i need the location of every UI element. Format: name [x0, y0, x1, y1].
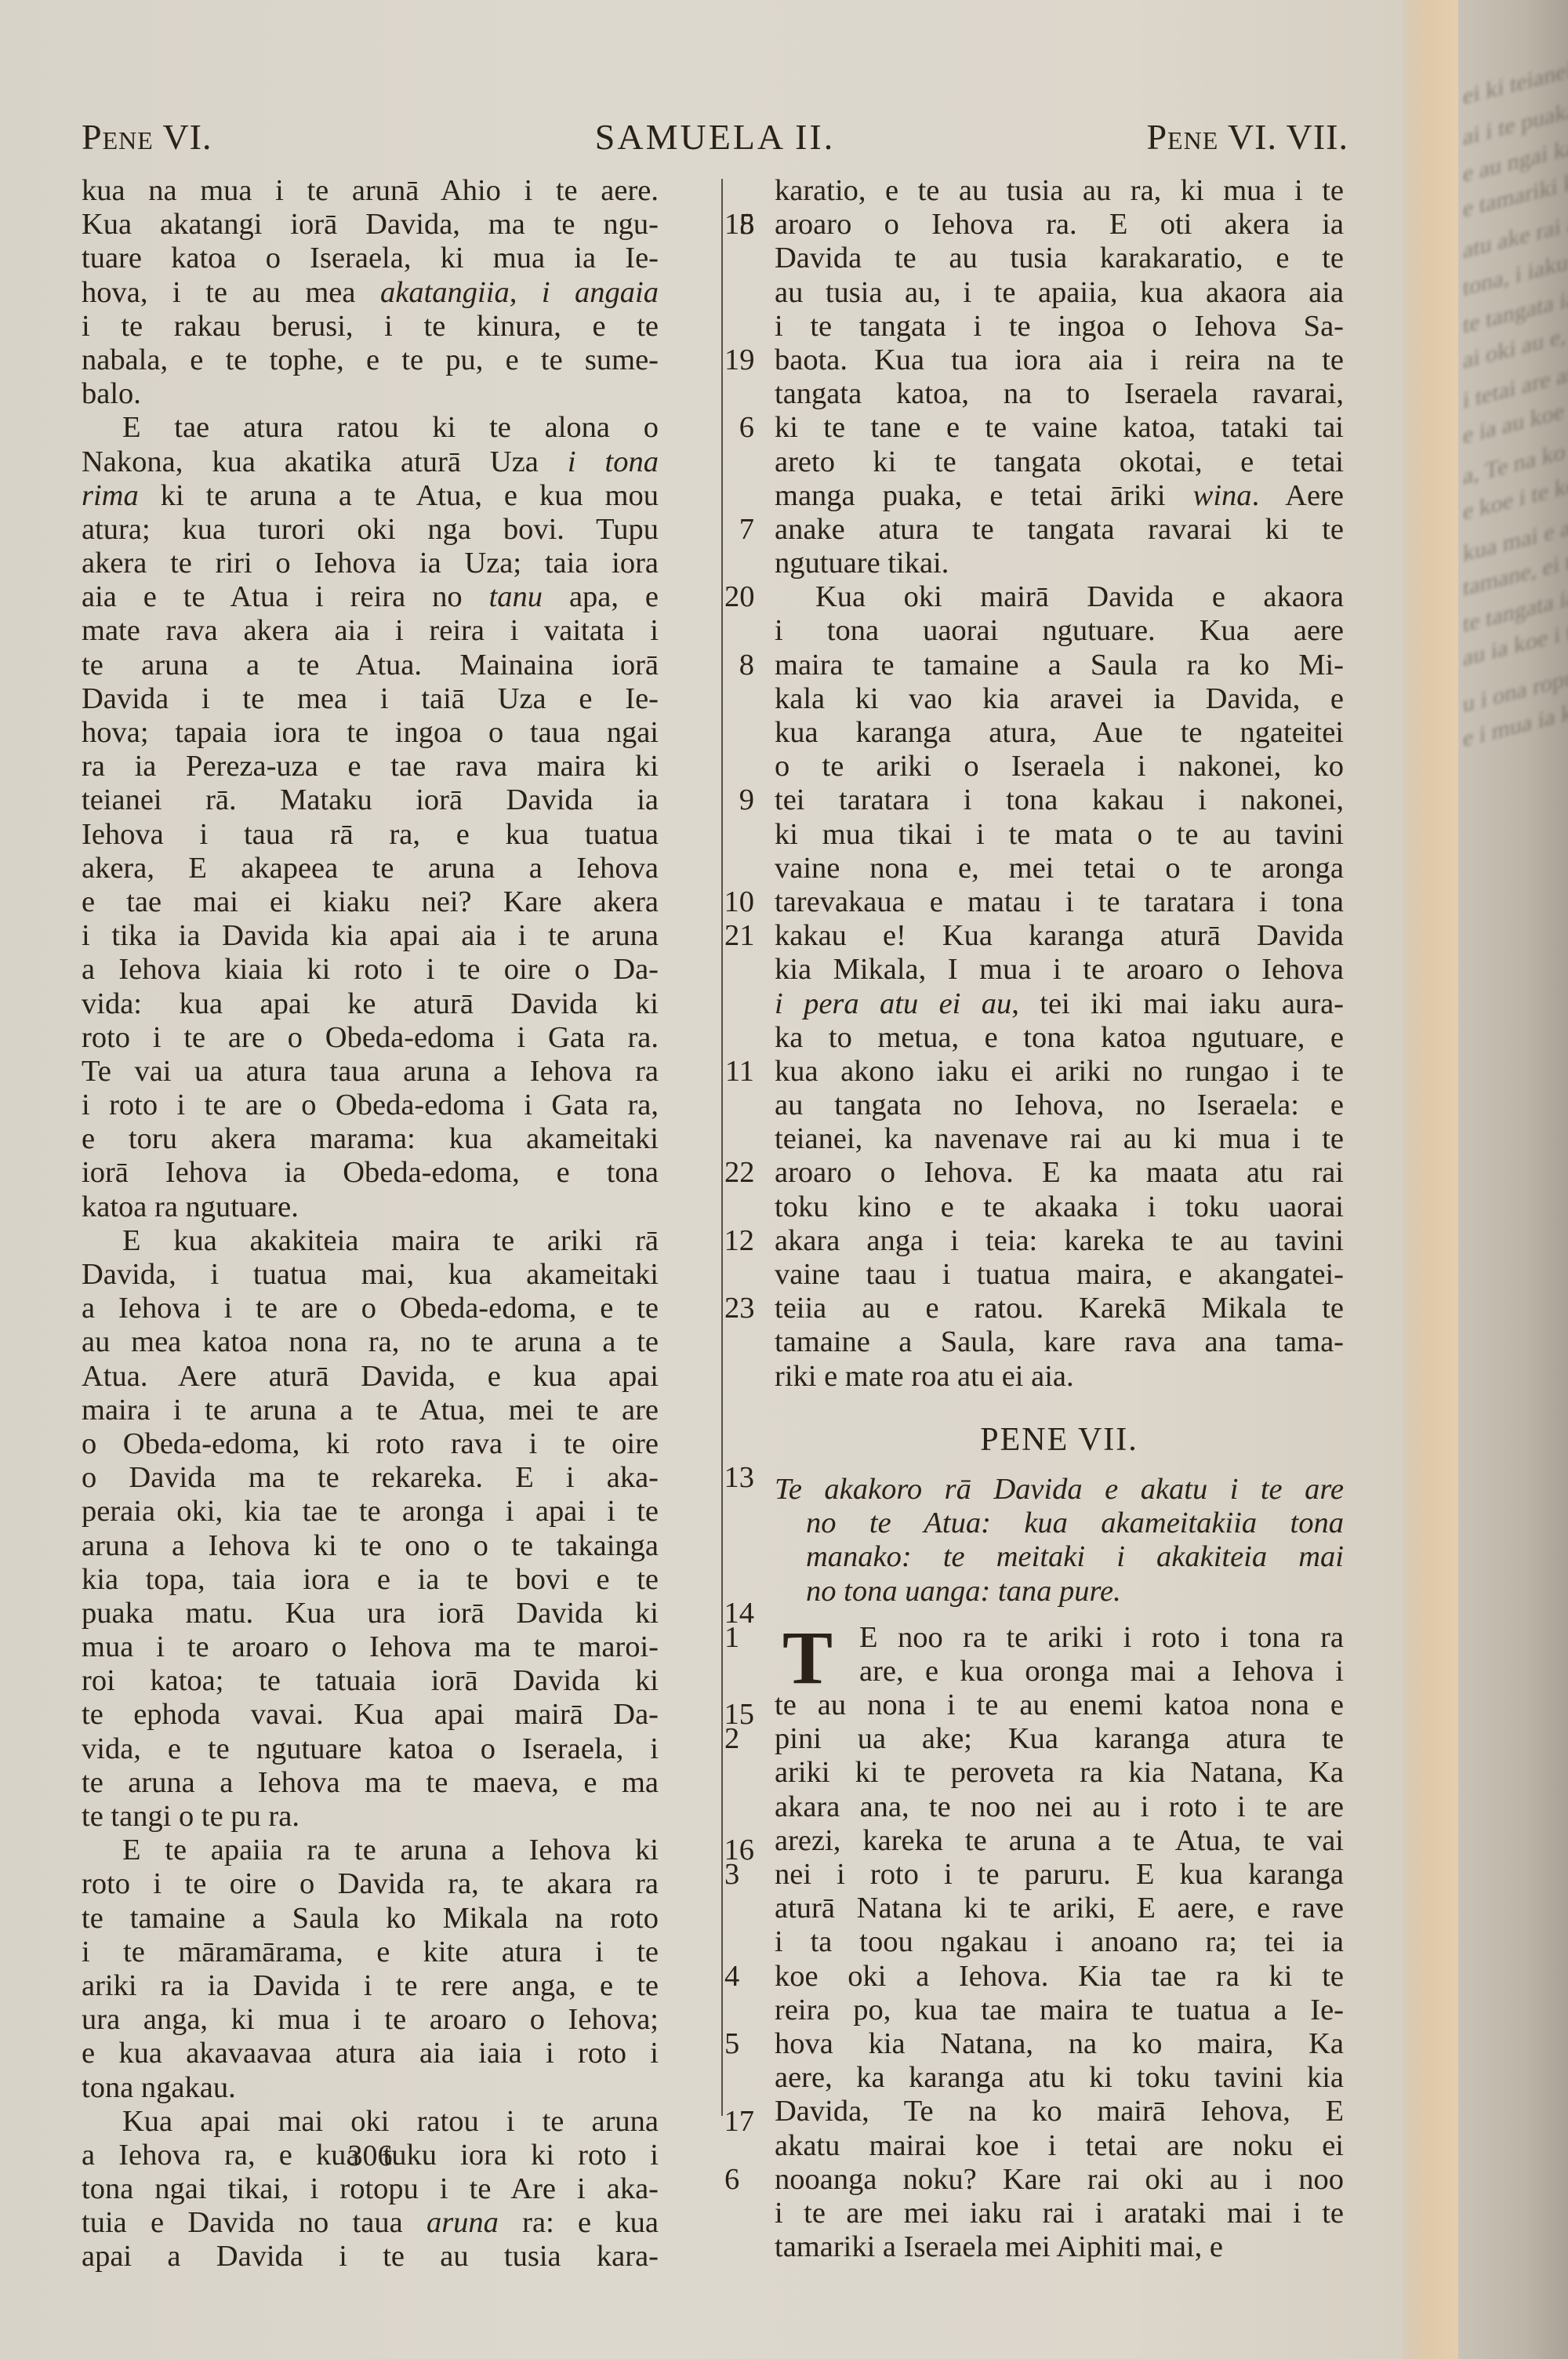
- line-text: Davida i te mea i taiā Uza e Ie-: [82, 682, 659, 715]
- text-line: tangata katoa, na to Iseraela ravarai,: [775, 377, 1344, 411]
- text-line: aia e te Atua i reira no tanu apa, e: [82, 580, 659, 614]
- text-line: mua i te aroaro o Iehova ma te maroi-: [82, 1630, 659, 1664]
- text-line: te tangi o te pu ra.: [82, 1800, 659, 1834]
- text-line: hova; tapaia iora te ingoa o taua ngai: [82, 716, 659, 750]
- line-text: aroaro o Iehova ra. E oti akera ia: [775, 208, 1344, 241]
- line-text: te aruna a te Atua. Mainaina iorā: [82, 649, 659, 682]
- text-line: akatu mairai koe i tetai are noku ei: [775, 2129, 1344, 2163]
- text-line: ki te tane e te vaine katoa, tataki tai: [775, 411, 1344, 445]
- chapter-6-end: karatio, e te au tusia au ra, ki mua i t…: [775, 174, 1344, 1394]
- text-line: ariki ra ia Davida i te rere anga, e te: [82, 1969, 659, 2003]
- text-line: pini ua ake; Kua karanga atura te2: [775, 1722, 1344, 1756]
- text-line: roto i te are o Obeda-edoma i Gata ra.: [82, 1021, 659, 1055]
- verse-number: 20: [724, 580, 755, 614]
- line-text: i te rakau berusi, i te kinura, e te: [82, 310, 659, 343]
- line-text: te aruna a Iehova ma te maeva, e ma: [82, 1766, 659, 1799]
- text-line: baota. Kua tua iora aia i reira na te19: [775, 343, 1344, 377]
- line-text: pini ua ake; Kua karanga atura te: [775, 1722, 1344, 1755]
- text-line: kia topa, taia iora e ia te bovi e te: [82, 1563, 659, 1597]
- text-line: i te are mei iaku rai i arataki mai i te: [775, 2197, 1344, 2230]
- line-text: tona ngakau.: [82, 2071, 236, 2104]
- line-text: akara anga i teia: kareka te au tavini: [775, 1224, 1344, 1257]
- line-text: vida: kua apai ke aturā Davida ki: [82, 987, 659, 1020]
- line-text: kua na mua i te arunā Ahio i te aere.: [82, 174, 659, 207]
- line-text: nabala, e te tophe, e te pu, e te sume-: [82, 343, 659, 376]
- text-line: te tamaine a Saula ko Mikala na roto: [82, 1902, 659, 1936]
- italic-text: i tona: [568, 445, 659, 478]
- verse-number: 4: [724, 1960, 739, 1994]
- text-line: ra ia Pereza-uza e tae rava maira ki: [82, 750, 659, 783]
- verse-number: 3: [724, 1858, 739, 1892]
- line-text: Kua oki mairā Davida e akaora: [815, 580, 1344, 613]
- line-text: i ta toou ngakau i anoano ra; tei ia: [775, 1925, 1344, 1958]
- line-text: , tei iki mai iaku aura-: [1011, 987, 1344, 1020]
- running-head-right: Pene VI. VII.: [1146, 116, 1348, 158]
- verse-number: 11: [725, 1055, 754, 1089]
- text-line: ngutuare tikai.: [775, 547, 1344, 580]
- line-text: katoa ra ngutuare.: [82, 1190, 299, 1223]
- text-line: aturā Natana ki te ariki, E aere, e rave: [775, 1892, 1344, 1925]
- text-line: tarevakaua e matau i te taratara i tona: [775, 885, 1344, 919]
- line-text: puaka matu. Kua ura iorā Davida ki: [82, 1597, 659, 1630]
- text-line: tei taratara i tona kakau i nakonei,: [775, 783, 1344, 817]
- text-line: te aruna a Iehova ma te maeva, e ma: [82, 1766, 659, 1800]
- text-line: kua karanga atura, Aue te ngateitei: [775, 716, 1344, 750]
- text-line: puaka matu. Kua ura iorā Davida ki14: [82, 1597, 659, 1630]
- summary-line: Te akakoro rā Davida e akatu i te are: [775, 1473, 1344, 1507]
- line-text: e tae mai ei kiaku nei? Kare akera: [82, 885, 659, 918]
- text-line: katoa ra ngutuare.: [82, 1190, 659, 1224]
- line-text: aroaro o Iehova. E ka maata atu rai: [775, 1156, 1344, 1189]
- text-line: nabala, e te tophe, e te pu, e te sume-: [82, 343, 659, 377]
- text-line: kia Mikala, I mua i te aroaro o Iehova: [775, 953, 1344, 987]
- line-text: Davida, Te na ko mairā Iehova, E: [775, 2095, 1344, 2128]
- verse-number: 2: [724, 1722, 739, 1756]
- line-text: te au nona i te au enemi katoa nona e: [775, 1688, 1344, 1721]
- line-text: E te apaiia ra te aruna a Iehova ki: [122, 1834, 659, 1866]
- line-text: hova, i te au mea: [82, 276, 380, 309]
- line-text: mate rava akera aia i reira i vaitata i: [82, 614, 659, 647]
- text-line: Davida, Te na ko mairā Iehova, E: [775, 2095, 1344, 2128]
- text-line: o te ariki o Iseraela i nakonei, ko: [775, 750, 1344, 783]
- text-line: aruna a Iehova ki te ono o te takainga: [82, 1529, 659, 1563]
- text-line: kua akono iaku ei ariki no rungao i te: [775, 1055, 1344, 1089]
- verse-number: 8: [739, 649, 754, 682]
- verse-number: 10: [724, 885, 755, 919]
- line-text: Kua apai mai oki ratou i te aruna: [122, 2105, 659, 2138]
- text-line: e kua akavaavaa atura aia iaia i roto i: [82, 2037, 659, 2070]
- text-line: teianei rā. Mataku iorā Davida ia9: [82, 783, 659, 817]
- italic-text: i pera atu ei au: [775, 987, 1011, 1020]
- text-line: Kua akatangi iorā Davida, ma te ngu-5: [82, 208, 659, 242]
- text-line: ka to metua, e tona katoa ngutuare, e: [775, 1021, 1344, 1055]
- line-text: ariki ra ia Davida i te rere anga, e te: [82, 1969, 659, 2002]
- text-line: au mea katoa nona ra, no te aruna a te: [82, 1325, 659, 1359]
- line-text: kua akono iaku ei ariki no rungao i te: [775, 1055, 1344, 1088]
- verse-number: 18: [724, 208, 755, 242]
- summary-line: manako: te meitaki i akakiteia mai: [775, 1540, 1344, 1574]
- line-text: te tamaine a Saula ko Mikala na roto: [82, 1902, 659, 1935]
- text-line: atura; kua turori oki nga bovi. Tupu7: [82, 513, 659, 547]
- text-line: hova kia Natana, na ko maira, Ka5: [775, 2027, 1344, 2061]
- text-line: maira te tamaine a Saula ra ko Mi-: [775, 649, 1344, 682]
- line-text: nei i roto i te paruru. E kua karanga: [775, 1858, 1344, 1891]
- text-line: tuia e Davida no taua aruna ra: e kua: [82, 2206, 659, 2240]
- text-line: akera, E akapeea te aruna a Iehova: [82, 852, 659, 885]
- line-text: Te vai ua atura taua aruna a Iehova ra: [82, 1055, 659, 1088]
- text-line: rima ki te aruna a te Atua, e kua mou: [82, 479, 659, 513]
- line-text: maira te tamaine a Saula ra ko Mi-: [775, 649, 1344, 682]
- line-text: akera te riri o Iehova ia Uza; taia iora: [82, 547, 659, 580]
- italic-text: rima: [82, 479, 139, 512]
- line-text: karatio, e te au tusia au ra, ki mua i t…: [775, 174, 1344, 207]
- text-line: E tae atura ratou ki te alona o6: [82, 411, 659, 445]
- line-text: . Aere: [1252, 479, 1344, 512]
- line-text: ra: e kua: [499, 2206, 659, 2239]
- line-text: vaine nona e, mei tetai o te aronga: [775, 852, 1344, 885]
- line-text: are, e kua oronga mai a Iehova i: [859, 1655, 1344, 1688]
- text-line: aroaro o Iehova ra. E oti akera ia18: [775, 208, 1344, 242]
- facing-page-text: ei ki teianei rā; i a: [1463, 42, 1568, 111]
- line-text: tuia e Davida no taua: [82, 2206, 426, 2239]
- text-line: are, e kua oronga mai a Iehova i: [775, 1655, 1344, 1688]
- text-line: i tona uaorai ngutuare. Kua aere: [775, 614, 1344, 648]
- verse-number: 13: [724, 1461, 755, 1495]
- line-text: i te māramārama, e kite atura i te: [82, 1936, 659, 1968]
- line-text: akatu mairai koe i tetai are noku ei: [775, 2129, 1344, 2162]
- italic-text: wina: [1193, 479, 1252, 512]
- text-line: e tae mai ei kiaku nei? Kare akera10: [82, 885, 659, 919]
- text-line: manga puaka, e tetai āriki wina. Aere: [775, 479, 1344, 513]
- line-text: kua karanga atura, Aue te ngateitei: [775, 716, 1344, 749]
- text-line: peraia oki, kia tae te aronga i apai i t…: [82, 1495, 659, 1528]
- text-line: koe oki a Iehova. Kia tae ra ki te4: [775, 1960, 1344, 1994]
- text-line: tona ngakau.: [82, 2071, 659, 2105]
- line-text: mua i te aroaro o Iehova ma te maroi-: [82, 1630, 659, 1663]
- line-text: roto i te oire o Davida ra, te akara ra: [82, 1867, 659, 1900]
- line-text: koe oki a Iehova. Kia tae ra ki te: [775, 1960, 1344, 1993]
- line-text: Davida, i tuatua mai, kua akameitaki: [82, 1258, 659, 1291]
- text-line: nei i roto i te paruru. E kua karanga3: [775, 1858, 1344, 1892]
- text-line: ki mua tikai i te mata o te au tavini: [775, 818, 1344, 852]
- text-line: kakau e! Kua karanga aturā Davida21: [775, 919, 1344, 953]
- text-line: anake atura te tangata ravarai ki te: [775, 513, 1344, 547]
- line-text: au tangata no Iehova, no Iseraela: e: [775, 1089, 1344, 1121]
- chapter-7-text: T E noo ra te ariki i roto i tona ra1are…: [775, 1621, 1344, 2265]
- text-line: akara anga i teia: kareka te au tavini: [775, 1224, 1344, 1258]
- line-text: i tona uaorai ngutuare. Kua aere: [775, 614, 1344, 647]
- text-line: o Obeda-edoma, ki roto rava i te oire: [82, 1427, 659, 1461]
- text-line: tamaine a Saula, kare rava ana tama-: [775, 1325, 1344, 1359]
- text-line: i pera atu ei au, tei iki mai iaku aura-: [775, 987, 1344, 1021]
- line-text: i roto i te are o Obeda-edoma i Gata ra,: [82, 1089, 659, 1121]
- line-text: Davida te au tusia karakaratio, e te: [775, 242, 1344, 274]
- line-text: ra ia Pereza-uza e tae rava maira ki: [82, 750, 659, 783]
- text-line: kala ki vao kia aravei ia Davida, e: [775, 682, 1344, 716]
- line-text: balo.: [82, 377, 141, 410]
- line-text: au tusia au, i te apaiia, kua akaora aia: [775, 276, 1344, 309]
- verse-number: 21: [724, 919, 755, 953]
- text-line: teiia au e ratou. Karekā Mikala te23: [775, 1292, 1344, 1325]
- text-line: o Davida ma te rekareka. E i aka-13: [82, 1461, 659, 1495]
- text-line: roi katoa; te tatuaia iorā Davida ki: [82, 1664, 659, 1698]
- verse-number: 9: [739, 783, 754, 817]
- text-line: i te tangata i te ingoa o Iehova Sa-: [775, 310, 1344, 343]
- line-text: atura; kua turori oki nga bovi. Tupu: [82, 513, 659, 546]
- text-line: te au nona i te au enemi katoa nona e: [775, 1688, 1344, 1722]
- text-line: Davida te au tusia karakaratio, e te: [775, 242, 1344, 275]
- text-line: te aruna a te Atua. Mainaina iorā8: [82, 649, 659, 682]
- line-text: tamariki a Iseraela mei Aiphiti mai, e: [775, 2230, 1223, 2263]
- text-line: E te apaiia ra te aruna a Iehova ki16: [82, 1834, 659, 1867]
- verse-number: 17: [724, 2105, 755, 2139]
- text-line: te ephoda vavai. Kua apai mairā Da-15: [82, 1698, 659, 1732]
- book-page: Pene VI. SAMUELA II. Pene VI. VII. kua n…: [0, 0, 1411, 2359]
- text-line: vida, e te ngutuare katoa o Iseraela, i: [82, 1732, 659, 1766]
- verse-number: 22: [724, 1156, 755, 1190]
- line-text: kia Mikala, I mua i te aroaro o Iehova: [775, 953, 1344, 986]
- italic-text: tanu: [489, 580, 543, 613]
- line-text: vida, e te ngutuare katoa o Iseraela, i: [82, 1732, 659, 1765]
- text-line: ariki ki te peroveta ra kia Natana, Ka: [775, 1756, 1344, 1790]
- line-text: teianei, ka navenave rai au ki mua i te: [775, 1122, 1344, 1155]
- line-text: aturā Natana ki te ariki, E aere, e rave: [775, 1892, 1344, 1925]
- running-head: Pene VI. SAMUELA II. Pene VI. VII.: [82, 116, 1348, 163]
- line-text: nooanga noku? Kare rai oki au i noo: [775, 2163, 1344, 2196]
- text-line: nooanga noku? Kare rai oki au i noo6: [775, 2163, 1344, 2197]
- line-text: ura anga, ki mua i te aroaro o Iehova;: [82, 2003, 659, 2036]
- line-text: tarevakaua e matau i te taratara i tona: [775, 885, 1344, 918]
- line-text: apai a Davida i te au tusia kara-: [82, 2240, 659, 2273]
- line-text: ki te tane e te vaine katoa, tataki tai: [775, 411, 1344, 444]
- text-line: arezi, kareka te aruna a te Atua, te vai: [775, 1824, 1344, 1858]
- text-line: balo.: [82, 377, 659, 411]
- verse-number: 6: [739, 411, 754, 445]
- line-text: Nakona, kua akatika aturā Uza: [82, 445, 568, 478]
- line-text: tamaine a Saula, kare rava ana tama-: [775, 1325, 1344, 1358]
- text-line: maira i te aruna a te Atua, mei te are: [82, 1394, 659, 1427]
- verse-number: 12: [724, 1224, 755, 1258]
- line-text: riki e mate roa atu ei aia.: [775, 1360, 1074, 1393]
- line-text: te ephoda vavai. Kua apai mairā Da-: [82, 1698, 659, 1731]
- text-line: mate rava akera aia i reira i vaitata i: [82, 614, 659, 648]
- line-text: teiia au e ratou. Karekā Mikala te: [775, 1292, 1344, 1325]
- line-text: baota. Kua tua iora aia i reira na te: [775, 343, 1344, 376]
- line-text: ngutuare tikai.: [775, 547, 949, 580]
- text-line: tamariki a Iseraela mei Aiphiti mai, e: [775, 2230, 1344, 2264]
- text-line: ura anga, ki mua i te aroaro o Iehova;: [82, 2003, 659, 2037]
- verse-number: 7: [739, 513, 754, 547]
- text-line: karatio, e te au tusia au ra, ki mua i t…: [775, 174, 1344, 208]
- line-text: tangata katoa, na to Iseraela ravarai,: [775, 377, 1344, 410]
- text-line: E noo ra te ariki i roto i tona ra1: [775, 1621, 1344, 1655]
- line-text: anake atura te tangata ravarai ki te: [775, 513, 1344, 546]
- chapter-heading: PENE VII.: [775, 1423, 1344, 1457]
- text-line: i roto i te are o Obeda-edoma i Gata ra,: [82, 1089, 659, 1122]
- line-text: roto i te are o Obeda-edoma i Gata ra.: [82, 1021, 659, 1054]
- chapter-summary: Te akakoro rā Davida e akatu i te areno …: [775, 1473, 1344, 1608]
- left-text-column: kua na mua i te arunā Ahio i te aere.Kua…: [82, 174, 659, 2274]
- line-text: E kua akakiteia maira te ariki rā: [122, 1224, 659, 1257]
- verse-number: 23: [724, 1292, 755, 1325]
- line-text: manga puaka, e tetai āriki: [775, 479, 1193, 512]
- line-text: areto ki te tangata okotai, e tetai: [775, 445, 1344, 478]
- text-line: i te māramārama, e kite atura i te: [82, 1936, 659, 1969]
- text-line: akara ana, te noo nei au i roto i te are: [775, 1790, 1344, 1824]
- line-text: aia e te Atua i reira no: [82, 580, 489, 613]
- facing-page-edge: ei ki teianei rā; i aai i te puakapa e n…: [1458, 0, 1568, 2359]
- text-line: E kua akakiteia maira te ariki rā12: [82, 1224, 659, 1258]
- summary-line: no tona uanga: tana pure.: [775, 1575, 1344, 1608]
- text-line: hova, i te au mea akatangiia, i angaia: [82, 276, 659, 310]
- line-text: aere, ka karanga atu ki toku tavini kia: [775, 2061, 1344, 2094]
- line-text: i tika ia Davida kia apai aia i te aruna: [82, 919, 659, 952]
- text-line: a Iehova kiaia ki roto i te oire o Da-: [82, 953, 659, 987]
- text-line: kua na mua i te arunā Ahio i te aere.: [82, 174, 659, 208]
- text-line: Atua. Aere aturā Davida, e kua apai: [82, 1360, 659, 1394]
- line-text: tei taratara i tona kakau i nakonei,: [775, 783, 1344, 816]
- line-text: o Obeda-edoma, ki roto rava i te oire: [82, 1427, 659, 1460]
- text-line: tona ngai tikai, i rotopu i te Are i aka…: [82, 2172, 659, 2206]
- line-text: kia topa, taia iora e ia te bovi e te: [82, 1563, 659, 1596]
- line-text: E tae atura ratou ki te alona o: [122, 411, 659, 444]
- text-line: Kua apai mai oki ratou i te aruna17: [82, 2105, 659, 2139]
- line-text: Atua. Aere aturā Davida, e kua apai: [82, 1360, 659, 1393]
- line-text: i te are mei iaku rai i arataki mai i te: [775, 2197, 1344, 2230]
- line-text: arezi, kareka te aruna a te Atua, te vai: [775, 1824, 1344, 1857]
- text-line: iorā Iehova ia Obeda-edoma, e tona: [82, 1156, 659, 1190]
- line-text: reira po, kua tae maira te tuatua a Ie-: [775, 1994, 1344, 2026]
- line-text: Iehova i taua rā ra, e kua tuatua: [82, 818, 659, 851]
- text-line: i tika ia Davida kia apai aia i te aruna: [82, 919, 659, 953]
- book-gutter: [1403, 0, 1466, 2359]
- line-text: kakau e! Kua karanga aturā Davida: [775, 919, 1344, 952]
- text-line: teianei, ka navenave rai au ki mua i te: [775, 1122, 1344, 1156]
- line-text: ki te aruna a te Atua, e kua mou: [139, 479, 659, 512]
- text-line: Te vai ua atura taua aruna a Iehova ra11: [82, 1055, 659, 1089]
- line-text: akera, E akapeea te aruna a Iehova: [82, 852, 659, 885]
- line-text: ka to metua, e tona katoa ngutuare, e: [775, 1021, 1344, 1054]
- text-line: au tusia au, i te apaiia, kua akaora aia: [775, 276, 1344, 310]
- verse-number: 5: [724, 2027, 739, 2061]
- text-line: Kua oki mairā Davida e akaora20: [775, 580, 1344, 614]
- line-text: i te tangata i te ingoa o Iehova Sa-: [775, 310, 1344, 343]
- line-text: aruna a Iehova ki te ono o te takainga: [82, 1529, 659, 1562]
- line-text: o te ariki o Iseraela i nakonei, ko: [775, 750, 1344, 783]
- line-text: e toru akera marama: kua akameitaki: [82, 1122, 659, 1155]
- text-line: Nakona, kua akatika aturā Uza i tona: [82, 445, 659, 479]
- line-text: tona ngai tikai, i rotopu i te Are i aka…: [82, 2172, 659, 2205]
- line-text: te tangi o te pu ra.: [82, 1800, 299, 1833]
- line-text: peraia oki, kia tae te aronga i apai i t…: [82, 1495, 659, 1528]
- right-text-column: karatio, e te au tusia au ra, ki mua i t…: [775, 174, 1344, 2264]
- text-line: Davida, i tuatua mai, kua akameitaki: [82, 1258, 659, 1292]
- line-text: kala ki vao kia aravei ia Davida, e: [775, 682, 1344, 715]
- line-text: apa, e: [543, 580, 659, 613]
- line-text: toku kino e te akaaka i toku uaorai: [775, 1190, 1344, 1223]
- text-line: roto i te oire o Davida ra, te akara ra: [82, 1867, 659, 1901]
- line-text: akara ana, te noo nei au i roto i te are: [775, 1790, 1344, 1823]
- text-line: apai a Davida i te au tusia kara-: [82, 2240, 659, 2274]
- line-text: tuare katoa o Iseraela, ki mua ia Ie-: [82, 242, 659, 274]
- line-text: vaine taau i tuatua maira, e akangatei-: [775, 1258, 1344, 1291]
- line-text: o Davida ma te rekareka. E i aka-: [82, 1461, 659, 1494]
- text-line: a Iehova i te are o Obeda-edoma, e te: [82, 1292, 659, 1325]
- text-line: aere, ka karanga atu ki toku tavini kia: [775, 2061, 1344, 2095]
- line-text: hova kia Natana, na ko maira, Ka: [775, 2027, 1344, 2060]
- text-line: areto ki te tangata okotai, e tetai: [775, 445, 1344, 479]
- text-line: reira po, kua tae maira te tuatua a Ie-: [775, 1994, 1344, 2027]
- text-line: vaine taau i tuatua maira, e akangatei-: [775, 1258, 1344, 1292]
- text-line: akera te riri o Iehova ia Uza; taia iora: [82, 547, 659, 580]
- line-text: e kua akavaavaa atura aia iaia i roto i: [82, 2037, 659, 2070]
- text-line: i te rakau berusi, i te kinura, e te: [82, 310, 659, 343]
- line-text: au mea katoa nona ra, no te aruna a te: [82, 1325, 659, 1358]
- verse-number: 19: [724, 343, 755, 377]
- text-line: vaine nona e, mei tetai o te aronga: [775, 852, 1344, 885]
- italic-text: aruna: [426, 2206, 499, 2239]
- italic-text: akatangiia, i angaia: [380, 276, 659, 309]
- text-line: i ta toou ngakau i anoano ra; tei ia: [775, 1925, 1344, 1959]
- text-line: toku kino e te akaaka i toku uaorai: [775, 1190, 1344, 1224]
- text-line: vida: kua apai ke aturā Davida ki: [82, 987, 659, 1021]
- text-line: Davida i te mea i taiā Uza e Ie-: [82, 682, 659, 716]
- line-text: ki mua tikai i te mata o te au tavini: [775, 818, 1344, 851]
- text-line: aroaro o Iehova. E ka maata atu rai22: [775, 1156, 1344, 1190]
- line-text: roi katoa; te tatuaia iorā Davida ki: [82, 1664, 659, 1697]
- text-line: Iehova i taua rā ra, e kua tuatua: [82, 818, 659, 852]
- text-line: tuare katoa o Iseraela, ki mua ia Ie-: [82, 242, 659, 275]
- column-divider: [721, 179, 723, 2116]
- line-text: teianei rā. Mataku iorā Davida ia: [82, 783, 659, 816]
- page-number: 306: [82, 2139, 659, 2173]
- line-text: iorā Iehova ia Obeda-edoma, e tona: [82, 1156, 659, 1189]
- text-line: riki e mate roa atu ei aia.: [775, 1360, 1344, 1394]
- line-text: maira i te aruna a te Atua, mei te are: [82, 1394, 659, 1427]
- verse-number: 6: [724, 2163, 739, 2197]
- line-text: ariki ki te peroveta ra kia Natana, Ka: [775, 1756, 1344, 1789]
- summary-line: no te Atua: kua akameitakiia tona: [775, 1507, 1344, 1540]
- line-text: hova; tapaia iora te ingoa o taua ngai: [82, 716, 659, 749]
- line-text: E noo ra te ariki i roto i tona ra: [859, 1621, 1344, 1654]
- line-text: Kua akatangi iorā Davida, ma te ngu-: [82, 208, 659, 241]
- text-line: e toru akera marama: kua akameitaki: [82, 1122, 659, 1156]
- verse-number: 1: [724, 1621, 739, 1655]
- text-line: au tangata no Iehova, no Iseraela: e: [775, 1089, 1344, 1122]
- line-text: a Iehova kiaia ki roto i te oire o Da-: [82, 953, 659, 986]
- line-text: a Iehova i te are o Obeda-edoma, e te: [82, 1292, 659, 1325]
